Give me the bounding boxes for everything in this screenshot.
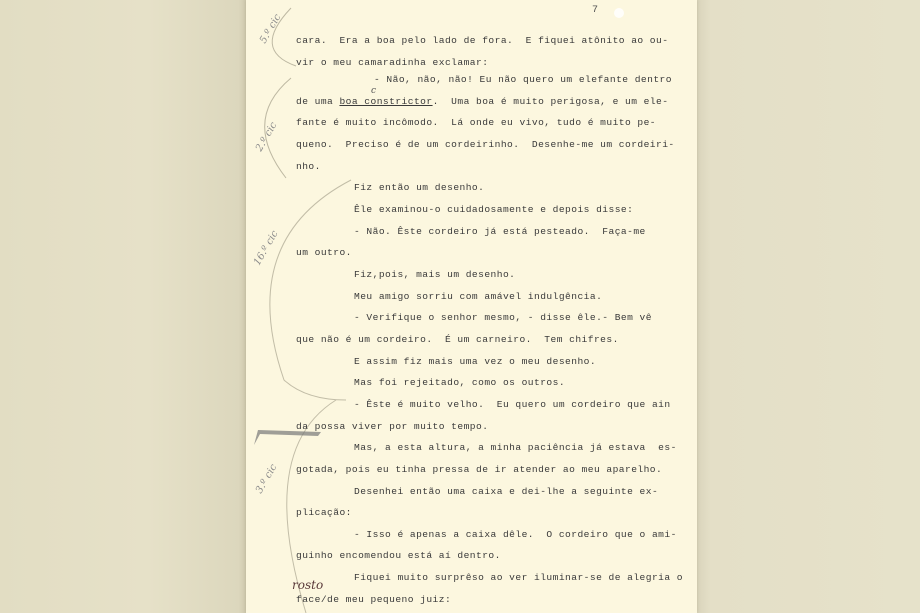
text-line: Mas, a esta altura, a minha paciência já… [354,442,677,454]
correction-rosto: rosto [292,578,323,592]
text-line: guinho encomendou está aí dentro. [296,550,501,562]
text-line: gotada, pois eu tinha pressa de ir atend… [296,464,662,476]
text-line: face/de meu pequeno juiz: [296,594,451,606]
scan-background-right [697,0,920,613]
text-line: de uma boa constrictor. Uma boa é muito … [296,96,668,108]
text-line: - Isso é apenas a caixa dêle. O cordeiro… [354,529,677,541]
text-line: um outro. [296,247,352,259]
text-line: - Êste é muito velho. Eu quero um cordei… [354,399,671,411]
correction-c: c [371,86,376,96]
text-line: E assim fiz mais uma vez o meu desenho. [354,356,596,368]
text-line: nho. [296,161,321,173]
text-line: Fiquei muito surprêso ao ver iluminar-se… [354,572,683,584]
margin-arcs [246,0,697,613]
text-line: Meu amigo sorriu com amável indulgência. [354,291,602,303]
text-line: cara. Era a boa pelo lado de fora. E fiq… [296,35,668,47]
manuscript-page: 7 cara. Era a boa pelo lado de fora. E f… [246,0,697,613]
scan-background-left [0,0,246,613]
text-line: da possa viver por muito tempo. [296,421,488,433]
text-line: Desenhei então uma caixa e dei-lhe a seg… [354,486,658,498]
text-line: queno. Preciso é de um cordeirinho. Dese… [296,139,675,151]
text-line: vir o meu camaradinha exclamar: [296,57,488,69]
text-line: - Não. Êste cordeiro já está pesteado. F… [354,226,646,238]
text-line: que não é um cordeiro. É um carneiro. Te… [296,334,619,346]
text-line: Êle examinou-o cuidadosamente e depois d… [354,204,633,216]
text-line: - Não, não, não! Eu não quero um elefant… [374,74,672,86]
text-line: fante é muito incômodo. Lá onde eu vivo,… [296,117,656,129]
text-line: plicação: [296,507,352,519]
text-line: - Verifique o senhor mesmo, - disse êle.… [354,312,652,324]
text-line: Mas foi rejeitado, como os outros. [354,377,565,389]
text-line: Fiz então um desenho. [354,182,484,194]
text-line: Fiz,pois, mais um desenho. [354,269,515,281]
